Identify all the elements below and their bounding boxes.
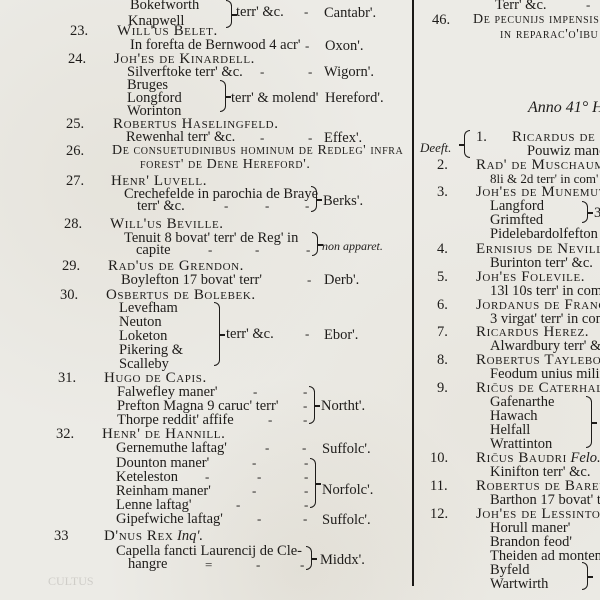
entry-number: 30. (60, 287, 78, 303)
place-name: Wartwirth (490, 576, 548, 592)
entry-number: 6. (437, 297, 448, 313)
entry-number: 1. (476, 129, 487, 145)
entry-number: 28. (64, 216, 82, 232)
place-name: Bokefworth (130, 0, 199, 13)
entry-name-cont: in reparac'o'ibu (500, 27, 598, 43)
entry-number: 33 (54, 528, 69, 544)
county: Middx'. (320, 552, 365, 568)
entry-number: 23. (70, 23, 88, 39)
margin-note: Deeft. (420, 140, 451, 156)
entry-detail-cont: hangre (128, 556, 167, 572)
brace (306, 546, 312, 570)
entry-number: 2. (437, 157, 448, 173)
county: Cantabr'. (324, 5, 376, 21)
holding: terr' & molend' (231, 90, 318, 106)
county: Wigorn'. (324, 64, 374, 80)
document-page: Bokefworth Knapwell terr' &c. - Cantabr'… (0, 0, 600, 600)
entry-number: 46. (432, 12, 450, 28)
entry-name-cont: forest' de Dene Hereford'. (140, 157, 310, 173)
brace (214, 302, 220, 366)
entry-number: 9. (437, 380, 448, 396)
entry-number: 24. (68, 51, 86, 67)
county: Berks'. (323, 193, 363, 209)
brace-label: 3 (594, 205, 600, 221)
county-note: non apparet. (322, 238, 383, 254)
entry-number: 26. (66, 143, 84, 159)
entry-number: 10. (430, 450, 448, 466)
holding: terr' &c. (226, 326, 274, 342)
entry-number: 29. (62, 258, 80, 274)
holding: terr' &c. (236, 4, 284, 20)
entry-detail: Boylefton 17 bovat' terr' (121, 272, 262, 288)
entry-number: 12. (430, 506, 448, 522)
county: Suffolc'. (322, 512, 371, 528)
brace (226, 0, 232, 28)
place-name: Gernemuthe laftag' (116, 440, 227, 456)
entry-number: 32. (56, 426, 74, 442)
entry-detail-cont: capite (136, 242, 171, 258)
brace (310, 458, 316, 508)
brace (220, 80, 226, 112)
place-name: Gipefwiche laftag' (116, 511, 223, 527)
entry-number: 5. (437, 269, 448, 285)
brace (309, 386, 315, 424)
entry-number: 8. (437, 352, 448, 368)
brace (464, 130, 470, 158)
entry-number: 25. (66, 116, 84, 132)
county: Hereford'. (325, 90, 384, 106)
county: Suffolc'. (322, 441, 371, 457)
entry-name: De pecunijs impensis (473, 12, 599, 28)
brace (312, 232, 318, 256)
bleed-through-text: CULTUS (48, 574, 94, 589)
county: Derb'. (324, 272, 359, 288)
county: Northt'. (321, 398, 365, 414)
brace (582, 562, 588, 590)
entry-number: 3. (437, 184, 448, 200)
section-heading: Anno 41° H (528, 100, 600, 116)
brace (586, 396, 592, 448)
county: Norfolc'. (322, 482, 373, 498)
entry-detail-cont: terr' &c. (137, 198, 185, 214)
entry-number: 11. (430, 478, 448, 494)
entry-number: 7. (437, 324, 448, 340)
entry-detail: Pidelebardolfefton fe (490, 226, 600, 242)
county: Ebor'. (324, 327, 358, 343)
entry-number: 27. (66, 173, 84, 189)
column-divider-rule (412, 0, 414, 586)
brace (311, 186, 317, 212)
entry-name: D'nus Rex Inq'. (104, 528, 203, 544)
entry-number: 4. (437, 241, 448, 257)
brace (582, 201, 588, 223)
entry-number: 31. (58, 370, 76, 386)
county: Oxon'. (325, 38, 363, 54)
